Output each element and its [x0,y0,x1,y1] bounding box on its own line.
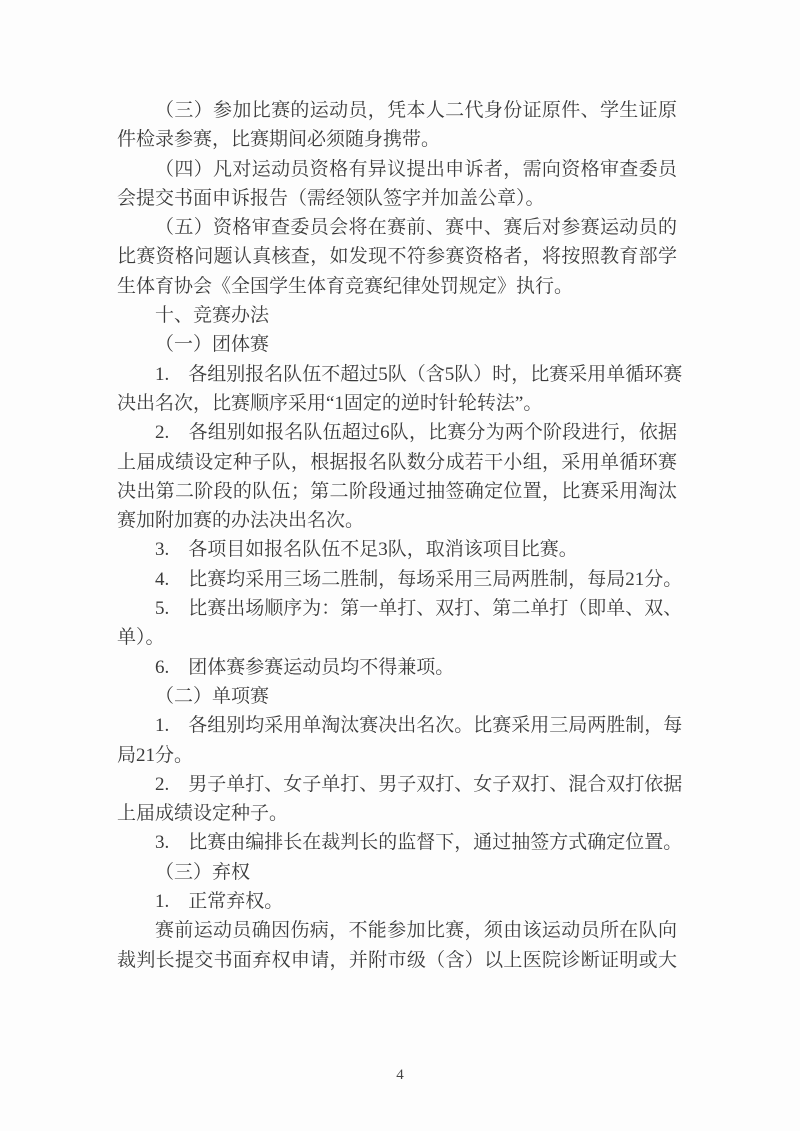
text-line: 2. 各组别如报名队伍超过6队，比赛分为两个阶段进行，依据 [117,418,677,447]
text-line: 4. 比赛均采用三场二胜制，每场采用三局两胜制，每局21分。 [117,565,677,594]
heading-line: 十、竞赛办法 [117,301,677,330]
text-line: 决出第二阶段的队伍；第二阶段通过抽签确定位置，比赛采用淘汰 [117,477,677,506]
heading-line: （三）弃权 [117,858,677,887]
text-line: 决出名次，比赛顺序采用“1固定的逆时针轮转法”。 [117,389,677,418]
text-line: 赛前运动员确因伤病，不能参加比赛，须由该运动员所在队向 [117,916,677,945]
page-number: 4 [0,1064,800,1086]
text-line: 1. 正常弃权。 [117,887,677,916]
text-line: （三）参加比赛的运动员，凭本人二代身份证原件、学生证原 [117,96,677,125]
text-line: 会提交书面申诉报告（需经领队签字并加盖公章）。 [117,184,677,213]
document-body: （三）参加比赛的运动员，凭本人二代身份证原件、学生证原件检录参赛，比赛期间必须随… [117,96,677,975]
text-line: （四）凡对运动员资格有异议提出申诉者，需向资格审查委员 [117,155,677,184]
text-line: 比赛资格问题认真核查，如发现不符参赛资格者，将按照教育部学 [117,242,677,271]
text-line: 5. 比赛出场顺序为：第一单打、双打、第二单打（即单、双、 [117,594,677,623]
heading-line: （二）单项赛 [117,682,677,711]
text-line: 裁判长提交书面弃权申请，并附市级（含）以上医院诊断证明或大 [117,946,677,975]
text-line: 单）。 [117,623,677,652]
document-page: （三）参加比赛的运动员，凭本人二代身份证原件、学生证原件检录参赛，比赛期间必须随… [0,0,800,1131]
text-line: 上届成绩设定种子。 [117,799,677,828]
heading-line: （一）团体赛 [117,330,677,359]
text-line: 生体育协会《全国学生体育竞赛纪律处罚规定》执行。 [117,272,677,301]
text-line: 件检录参赛，比赛期间必须随身携带。 [117,125,677,154]
text-line: 3. 各项目如报名队伍不足3队，取消该项目比赛。 [117,535,677,564]
text-line: （五）资格审查委员会将在赛前、赛中、赛后对参赛运动员的 [117,213,677,242]
text-line: 局21分。 [117,741,677,770]
text-line: 2. 男子单打、女子单打、男子双打、女子双打、混合双打依据 [117,770,677,799]
text-line: 3. 比赛由编排长在裁判长的监督下，通过抽签方式确定位置。 [117,828,677,857]
text-line: 1. 各组别报名队伍不超过5队（含5队）时，比赛采用单循环赛 [117,360,677,389]
text-line: 6. 团体赛参赛运动员均不得兼项。 [117,653,677,682]
text-line: 1. 各组别均采用单淘汰赛决出名次。比赛采用三局两胜制，每 [117,711,677,740]
text-line: 赛加附加赛的办法决出名次。 [117,506,677,535]
text-line: 上届成绩设定种子队，根据报名队数分成若干小组，采用单循环赛 [117,448,677,477]
